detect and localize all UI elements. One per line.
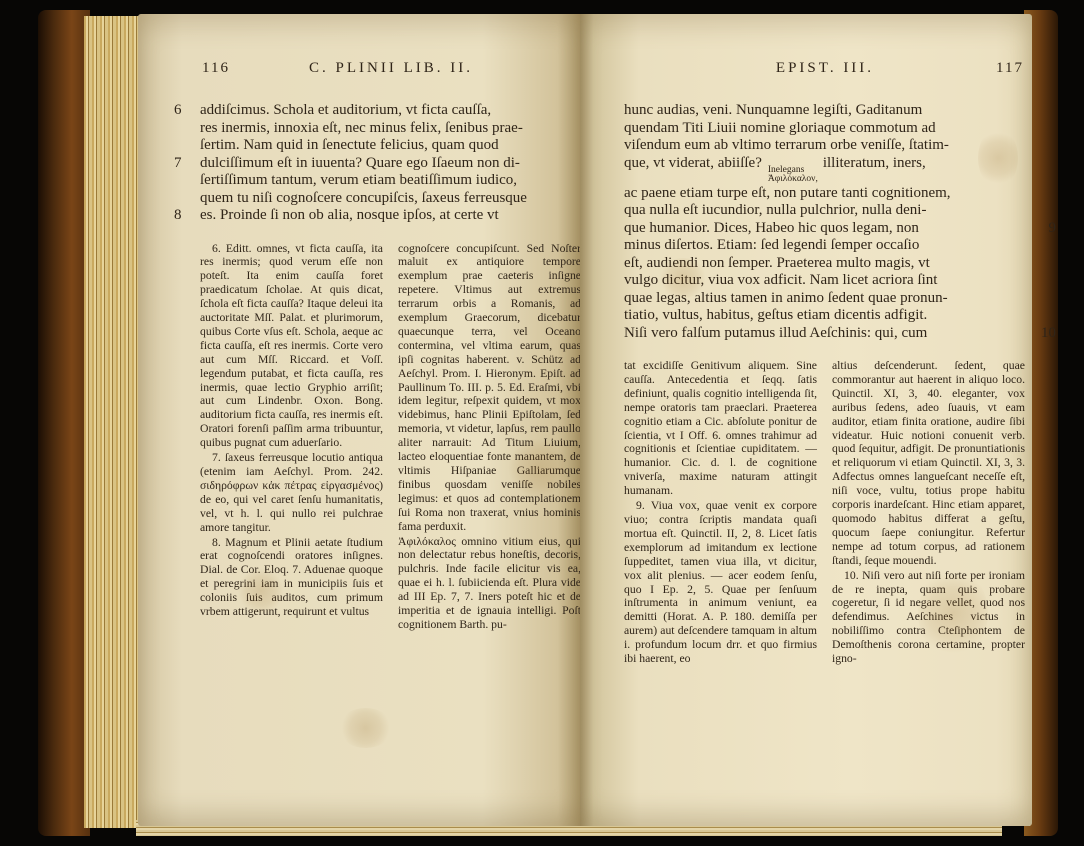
line-text: res inermis, innoxia eſt, nec minus feli… (200, 120, 523, 136)
commentary-column-right: cognoſcere concupiſcunt. Sed Noſter malu… (398, 242, 581, 633)
line-text: ſertiſſimum tantum, verum etiam beatiſſi… (200, 172, 517, 188)
commentary-column-left: 6. Editt. omnes, vt ficta cauſſa, ita re… (200, 242, 383, 633)
page-number: 116 (202, 60, 230, 77)
text-line-with-gloss: que, vt viderat, abiiſſe?InelegansἈφιλόκ… (624, 155, 1026, 185)
marginal-gloss: InelegansἈφιλόκαλον, (768, 166, 818, 185)
text-line: viſendum eum ab vltimo terrarum orbe ven… (624, 137, 1026, 155)
line-text: que humanior. Dices, Habeo hic quos lega… (624, 220, 919, 236)
text-line: hunc audias, veni. Nunquamne legiſti, Ga… (624, 102, 1026, 120)
line-text: que, vt viderat, abiiſſe? (624, 155, 762, 171)
line-text: ſertim. Nam quid in ſenectute felicius, … (200, 137, 499, 153)
text-line: ac paene etiam turpe eſt, non putare tan… (624, 185, 1026, 203)
text-line: Niſi vero falſum putamus illud Aeſchinis… (624, 325, 1026, 343)
left-main-text: 6addiſcimus. Schola et auditorium, vt fi… (200, 102, 582, 225)
left-page-commentary: 6. Editt. omnes, vt ficta cauſſa, ita re… (200, 242, 582, 633)
right-main-text: hunc audias, veni. Nunquamne legiſti, Ga… (624, 102, 1026, 342)
text-line: quae legas, altius tamen in animo ſedent… (624, 290, 1026, 308)
line-text: minus diſertos. Etiam: ſed legendi ſempe… (624, 237, 919, 253)
left-page-header: 116 C. PLINII LIB. II. (200, 60, 582, 80)
text-line: tiatio, vultus, habitus, geſtus etiam di… (624, 307, 1026, 325)
line-text: Niſi vero falſum putamus illud Aeſchinis… (624, 325, 927, 341)
commentary-note: 8. Magnum et Plinii aetate ſtudium erat … (200, 536, 383, 619)
commentary-column-right: altius deſcenderunt. ſedent, quae commor… (832, 359, 1025, 667)
text-line: eſt, audiendi non ſemper. Praeterea mult… (624, 255, 1026, 273)
text-line: vulgo dicitur, viua vox adficit. Nam lic… (624, 272, 1026, 290)
line-text: viſendum eum ab vltimo terrarum orbe ven… (624, 137, 949, 153)
running-title: C. PLINII LIB. II. (200, 60, 582, 77)
line-text: vulgo dicitur, viua vox adficit. Nam lic… (624, 272, 937, 288)
text-line: ſertiſſimum tantum, verum etiam beatiſſi… (200, 172, 582, 190)
line-text: quem tu niſi cognoſcere concupiſcis, ſax… (200, 190, 527, 206)
commentary-note: cognoſcere concupiſcunt. Sed Noſter malu… (398, 242, 581, 534)
line-text: dulciſſimum eſt in iuuenta? Quare ego Iſ… (200, 155, 520, 171)
section-number: 10 (1041, 325, 1056, 343)
line-text: addiſcimus. Schola et auditorium, vt fic… (200, 102, 491, 118)
page-number: 117 (996, 60, 1024, 77)
right-page: EPIST. III. 117 hunc audias, veni. Nunqu… (580, 14, 1032, 826)
text-line: ſertim. Nam quid in ſenectute felicius, … (200, 137, 582, 155)
text-line: quendam Titi Liuii nomine gloriaque comm… (624, 120, 1026, 138)
text-line: quem tu niſi cognoſcere concupiſcis, ſax… (200, 190, 582, 208)
section-number: 9 (1049, 220, 1057, 238)
line-text: es. Proinde ſi non ob alia, nosque ipſos… (200, 207, 499, 223)
section-number: 8 (174, 207, 182, 225)
commentary-note: 10. Niſi vero aut niſi forte per ironiam… (832, 569, 1025, 666)
book-cover-left (38, 10, 90, 836)
section-number: 6 (174, 102, 182, 120)
right-page-header: EPIST. III. 117 (624, 60, 1026, 80)
line-text: quae legas, altius tamen in animo ſedent… (624, 290, 948, 306)
text-line: qua nulla eſt iucundior, nulla pulchrior… (624, 202, 1026, 220)
commentary-note: Ἀφιλόκαλος omnino vitium eius, qui non d… (398, 535, 581, 632)
line-text: ac paene etiam turpe eſt, non putare tan… (624, 185, 951, 201)
commentary-note: tat excidiſſe Genitivum aliquem. Sine ca… (624, 359, 817, 498)
text-line: que humanior. Dices, Habeo hic quos lega… (624, 220, 1026, 238)
commentary-note: altius deſcenderunt. ſedent, quae commor… (832, 359, 1025, 568)
left-page: 116 C. PLINII LIB. II. 6addiſcimus. Scho… (138, 14, 580, 826)
page-edges-left (84, 16, 140, 828)
commentary-note: 6. Editt. omnes, vt ficta cauſſa, ita re… (200, 242, 383, 451)
text-line: res inermis, innoxia eſt, nec minus feli… (200, 120, 582, 138)
text-line: 8es. Proinde ſi non ob alia, nosque ipſo… (200, 207, 582, 225)
text-line: minus diſertos. Etiam: ſed legendi ſempe… (624, 237, 1026, 255)
text-line: 7dulciſſimum eſt in iuuenta? Quare ego I… (200, 155, 582, 173)
text-line: 6addiſcimus. Schola et auditorium, vt fi… (200, 102, 582, 120)
right-page-commentary: tat excidiſſe Genitivum aliquem. Sine ca… (624, 359, 1026, 667)
line-text: qua nulla eſt iucundior, nulla pulchrior… (624, 202, 926, 218)
section-number: 7 (174, 155, 182, 173)
open-book: 116 C. PLINII LIB. II. 6addiſcimus. Scho… (38, 8, 1058, 838)
line-text: tiatio, vultus, habitus, geſtus etiam di… (624, 307, 927, 323)
line-text: hunc audias, veni. Nunquamne legiſti, Ga… (624, 102, 922, 118)
running-title: EPIST. III. (624, 60, 1026, 77)
line-text: quendam Titi Liuii nomine gloriaque comm… (624, 120, 936, 136)
line-text: illiteratum, iners, (823, 155, 926, 171)
commentary-column-left: tat excidiſſe Genitivum aliquem. Sine ca… (624, 359, 817, 667)
commentary-note: 9. Viua vox, quae venit ex corpore viuo;… (624, 499, 817, 666)
commentary-note: 7. ſaxeus ferreusque locutio antiqua (et… (200, 451, 383, 534)
line-text: eſt, audiendi non ſemper. Praeterea mult… (624, 255, 930, 271)
gloss-greek: Ἀφιλόκαλον, (768, 175, 818, 185)
